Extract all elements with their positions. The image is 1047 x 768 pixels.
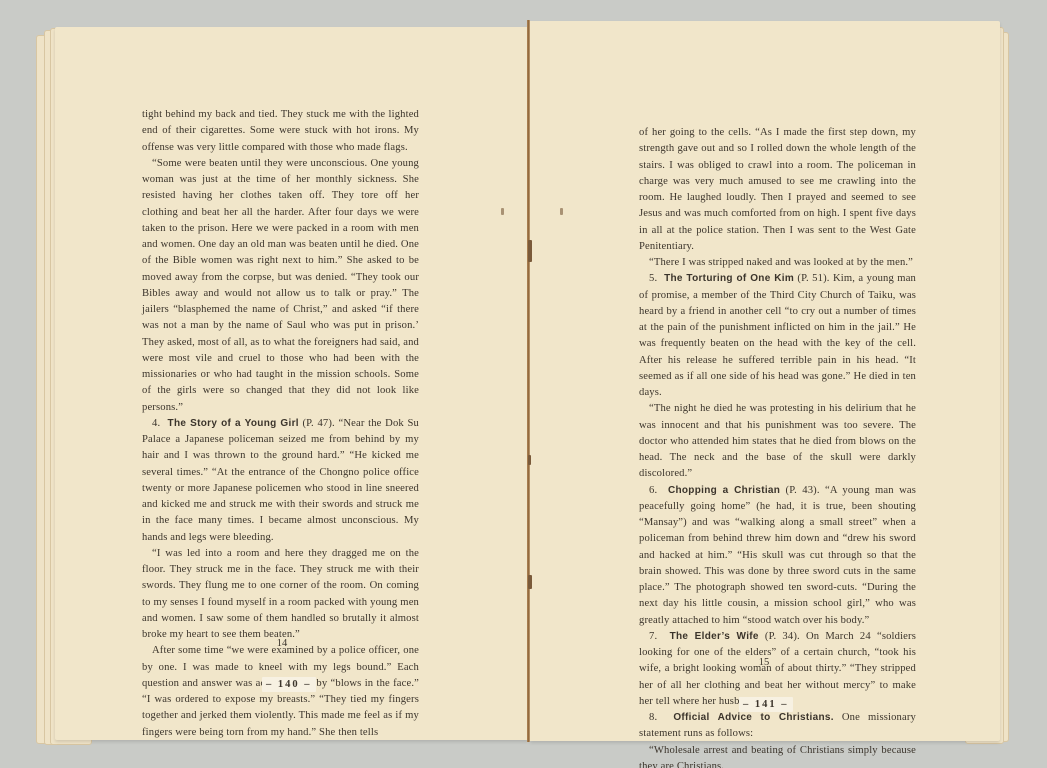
section-number: 8. — [649, 712, 657, 723]
paragraph-text: (P. 34). On March 24 “soldiers looking f… — [639, 631, 916, 707]
section-heading: The Story of a Young Girl — [168, 418, 299, 429]
book-spine — [527, 20, 530, 742]
paragraph-text: (P. 43). “A young man was peacefully goi… — [639, 485, 916, 626]
paragraph-text: “The night he died he was protesting in … — [639, 403, 916, 479]
section-number: 5. — [649, 273, 657, 284]
section-number: 7. — [649, 631, 657, 642]
paragraph: “There I was stripped naked and was look… — [639, 255, 916, 271]
section-heading: Official Advice to Christians. — [673, 712, 833, 723]
section-8-paragraph: 8. Official Advice to Christians. One mi… — [639, 710, 916, 743]
binding-hole — [528, 240, 532, 262]
paragraph-text: “I was led into a room and here they dra… — [142, 548, 419, 640]
binding-hole — [528, 455, 531, 465]
section-heading: The Torturing of One Kim — [664, 273, 794, 284]
left-page-number: 14 — [262, 638, 302, 649]
paragraph: After some time “we were examined by a p… — [142, 643, 419, 741]
paragraph: “Some were beaten until they were uncons… — [142, 156, 419, 416]
right-page-body: of her going to the cells. “As I made th… — [639, 125, 916, 768]
binding-hole — [528, 575, 532, 589]
section-5-paragraph: 5. The Torturing of One Kim (P. 51). Kim… — [639, 271, 916, 401]
section-heading: Chopping a Christian — [668, 485, 780, 496]
section-heading: The Elder’s Wife — [670, 631, 759, 642]
paragraph-text: (P. 47). “Near the Dok Su Palace a Japan… — [142, 418, 419, 543]
section-6-paragraph: 6. Chopping a Christian (P. 43). “A youn… — [639, 483, 916, 629]
paragraph: “Wholesale arrest and beating of Christi… — [639, 743, 916, 768]
paragraph-text: “There I was stripped naked and was look… — [649, 257, 913, 268]
paragraph: tight behind my back and tied. They stuc… — [142, 107, 419, 156]
paragraph-text: tight behind my back and tied. They stuc… — [142, 109, 419, 153]
paragraph: of her going to the cells. “As I made th… — [639, 125, 916, 255]
paragraph: “I was led into a room and here they dra… — [142, 546, 419, 644]
paragraph: “The night he died he was protesting in … — [639, 401, 916, 482]
left-archive-stamp: – 140 – — [262, 677, 316, 692]
paragraph-text: (P. 51). Kim, a young man of promise, a … — [639, 273, 916, 398]
paper-mark — [501, 208, 504, 215]
paragraph-text: “Some were beaten until they were uncons… — [142, 158, 419, 413]
paragraph-text: “Wholesale arrest and beating of Christi… — [639, 745, 916, 768]
section-number: 6. — [649, 485, 657, 496]
right-page-number: 15 — [744, 657, 784, 668]
right-archive-stamp: – 141 – — [739, 697, 793, 712]
section-number: 4. — [152, 418, 160, 429]
paragraph-text: of her going to the cells. “As I made th… — [639, 127, 916, 252]
paper-mark — [560, 208, 563, 215]
section-4-paragraph: 4. The Story of a Young Girl (P. 47). “N… — [142, 416, 419, 546]
